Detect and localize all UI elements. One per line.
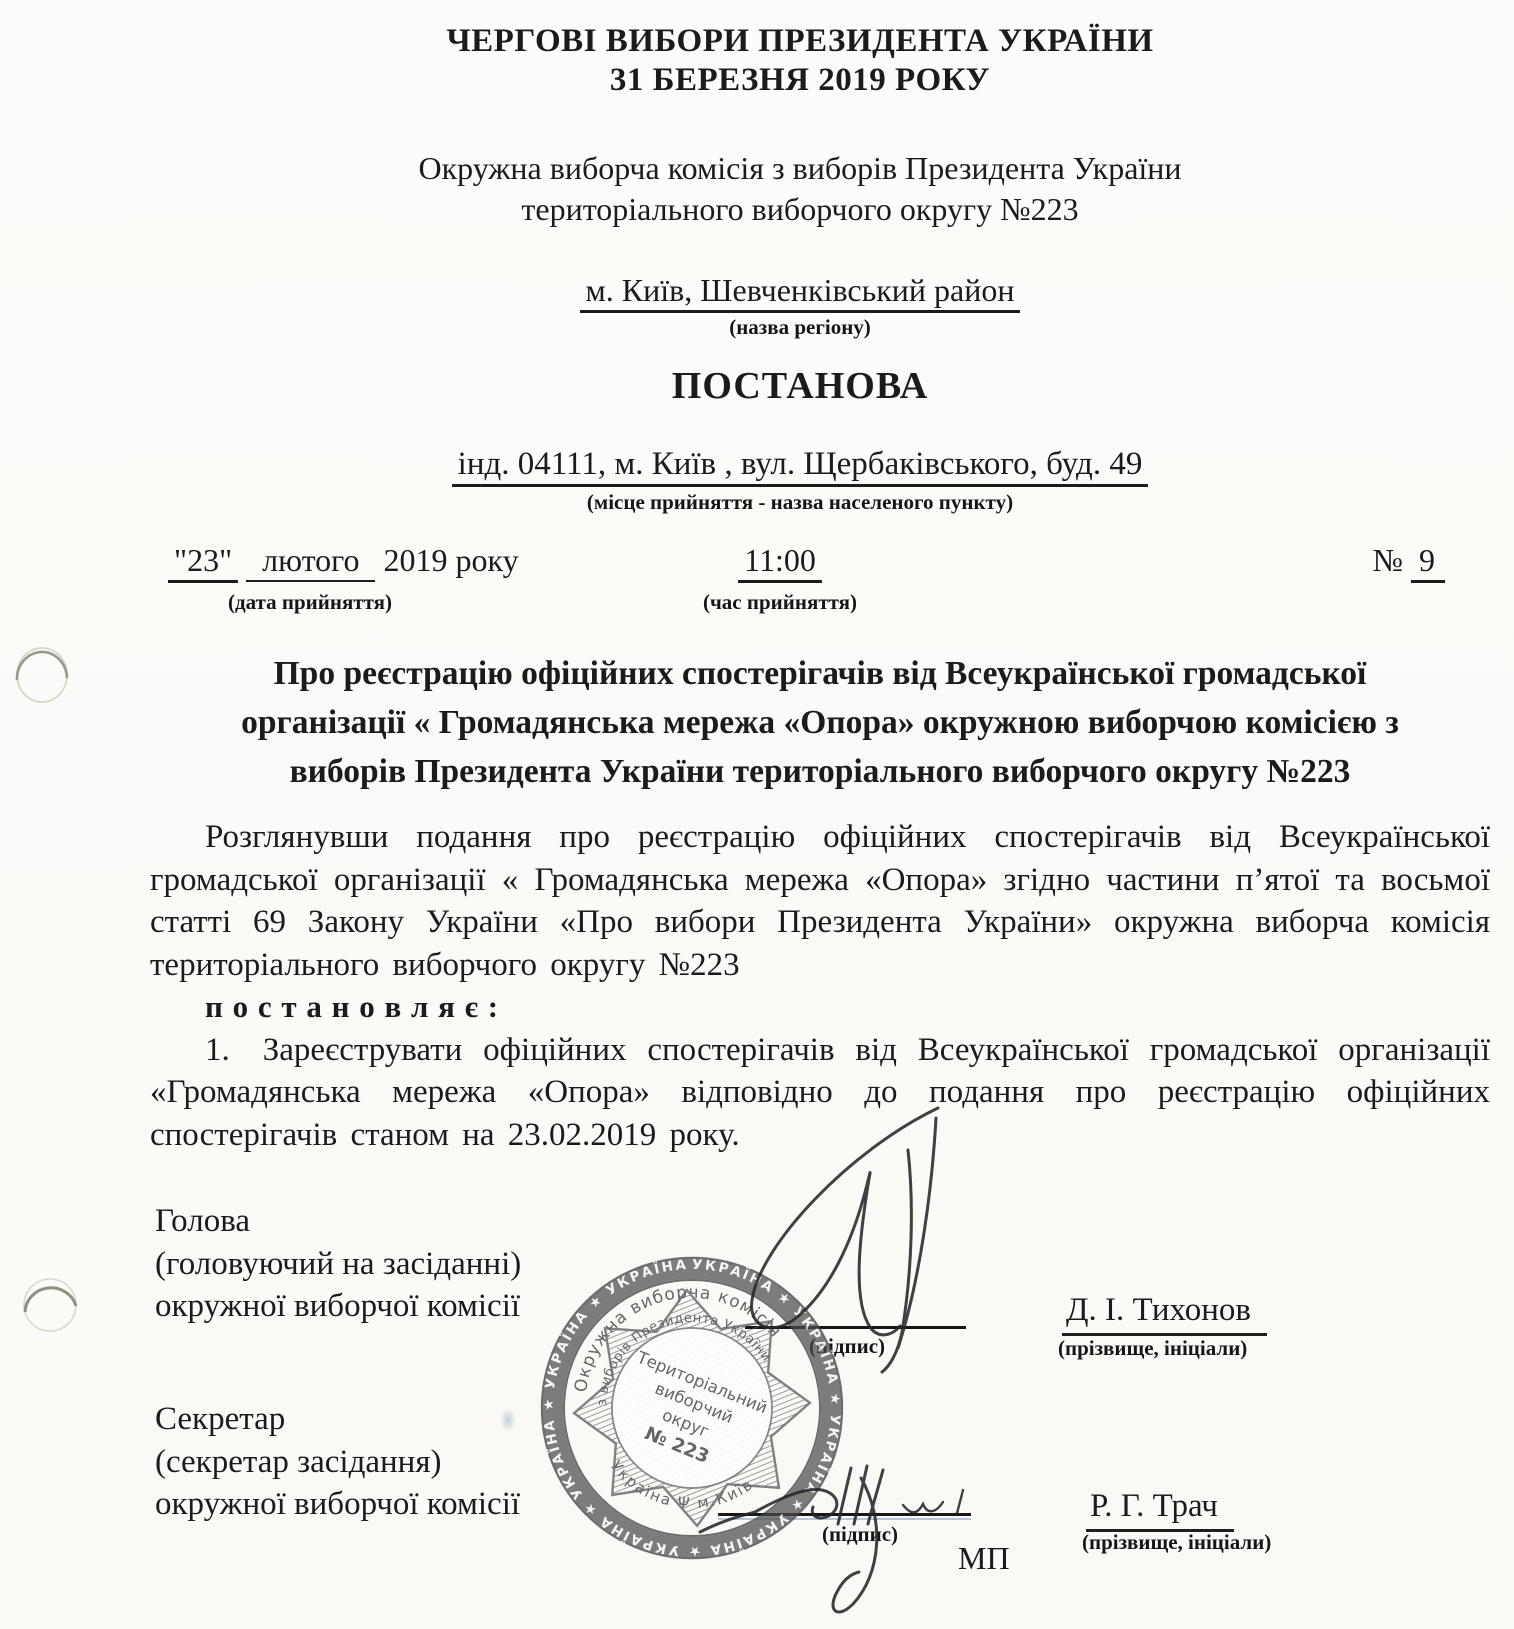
ink-overlay [0,0,1514,1629]
hole-punch-top [17,648,67,702]
signature-ink-secretary [700,1466,963,1612]
scanned-resolution-document: ЧЕРГОВІ ВИБОРИ ПРЕЗИДЕНТА УКРАЇНИ 31 БЕР… [0,0,1514,1629]
hole-punch-bottom [24,1279,76,1331]
signature-ink-head [752,1108,938,1372]
